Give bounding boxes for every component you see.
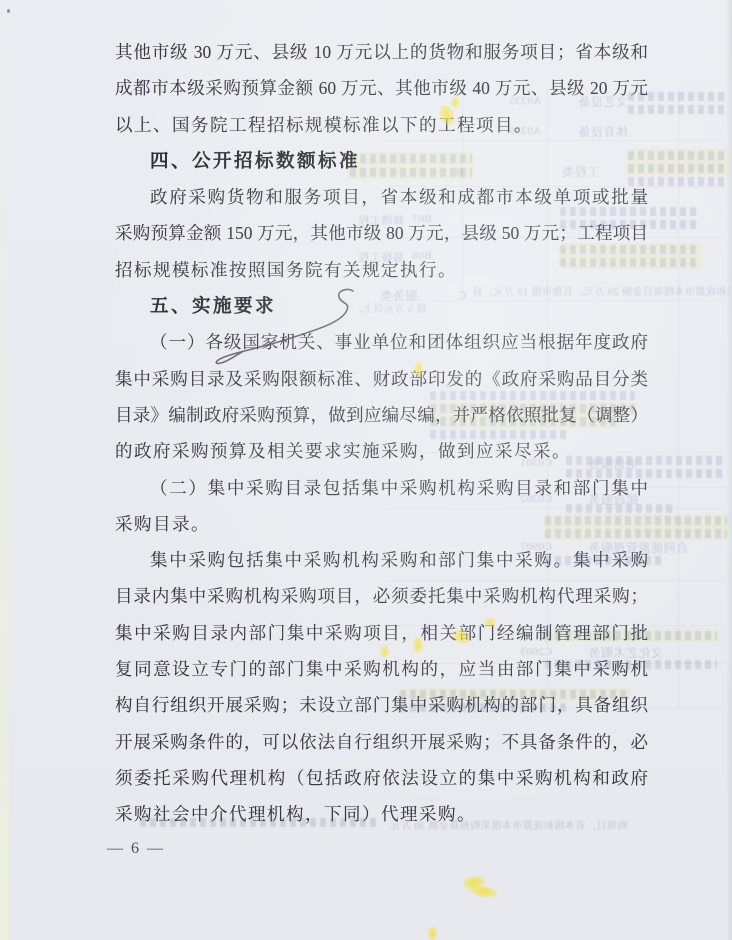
text-line: 政府采购货物和服务项目，省本级和成都市本级单项或批量 xyxy=(115,179,648,215)
text-line: 成都市本级采购预算金额 60 万元、其他市级 40 万元、县级 20 万元 xyxy=(115,70,648,106)
text-line: 构自行组织开展采购；未设立部门集中采购机构的部门，具备组织 xyxy=(115,687,648,723)
page-number: — 6 — xyxy=(107,840,165,858)
highlighter-mark xyxy=(469,884,497,899)
text-line: 复同意设立专门的部门集中采购机构的，应当由部门集中采购机 xyxy=(115,651,648,687)
text-line: 其他市级 30 万元、县级 10 万元以上的货物和服务项目；省本级和 xyxy=(115,34,648,70)
section-heading: 五、实施要求 xyxy=(115,288,648,324)
left-scan-edge xyxy=(0,0,9,940)
text-line: 的政府采购预算及相关要求实施采购，做到应采尽采。 xyxy=(115,433,648,469)
section-heading: 四、公开招标数额标准 xyxy=(115,143,648,179)
text-line: 须委托采购代理机构（包括政府依法设立的集中采购机构和政府 xyxy=(115,760,648,796)
text-line: （一）各级国家机关、事业单位和团体组织应当根据年度政府 xyxy=(115,324,648,360)
right-scan-edge xyxy=(726,0,732,940)
dust-speck xyxy=(7,9,10,13)
text-line: 集中采购目录内部门集中采购项目，相关部门经编制管理部门批 xyxy=(115,615,648,651)
scanned-document-page: A0335文艺设备A0336体育设备B工程类修缮工程B07装修工程B08服务类C… xyxy=(0,0,732,940)
text-line: 采购目录。 xyxy=(115,506,648,542)
text-block: 其他市级 30 万元、县级 10 万元以上的货物和服务项目；省本级和成都市本级采… xyxy=(115,34,648,833)
text-line: 目录内集中采购机构采购项目，必须委托集中采购机构代理采购； xyxy=(115,578,648,614)
text-line: 招标规模标准按照国务院有关规定执行。 xyxy=(115,252,648,288)
bleed-grid-line xyxy=(678,88,679,710)
text-line: 以上、国务院工程招标规模标准以下的工程项目。 xyxy=(115,107,648,143)
text-line: 开展采购条件的，可以依法自行组织开展采购；不具备条件的，必 xyxy=(115,724,648,760)
text-line: 采购社会中介代理机构，下同）代理采购。 xyxy=(115,796,648,832)
text-line: （二）集中采购目录包括集中采购机构采购目录和部门集中 xyxy=(115,470,648,506)
highlighter-mark xyxy=(462,874,486,891)
text-line: 集中采购目录及采购限额标准、财政部印发的《政府采购品目分类 xyxy=(115,361,648,397)
text-line: 目录》编制政府采购预算，做到应编尽编，并严格依照批复（调整） xyxy=(115,397,648,433)
highlighter-mark xyxy=(428,926,437,940)
text-line: 采购预算金额 150 万元，其他市级 80 万元，县级 50 万元；工程项目 xyxy=(115,215,648,251)
text-line: 集中采购包括集中采购机构采购和部门集中采购。集中采购 xyxy=(115,542,648,578)
